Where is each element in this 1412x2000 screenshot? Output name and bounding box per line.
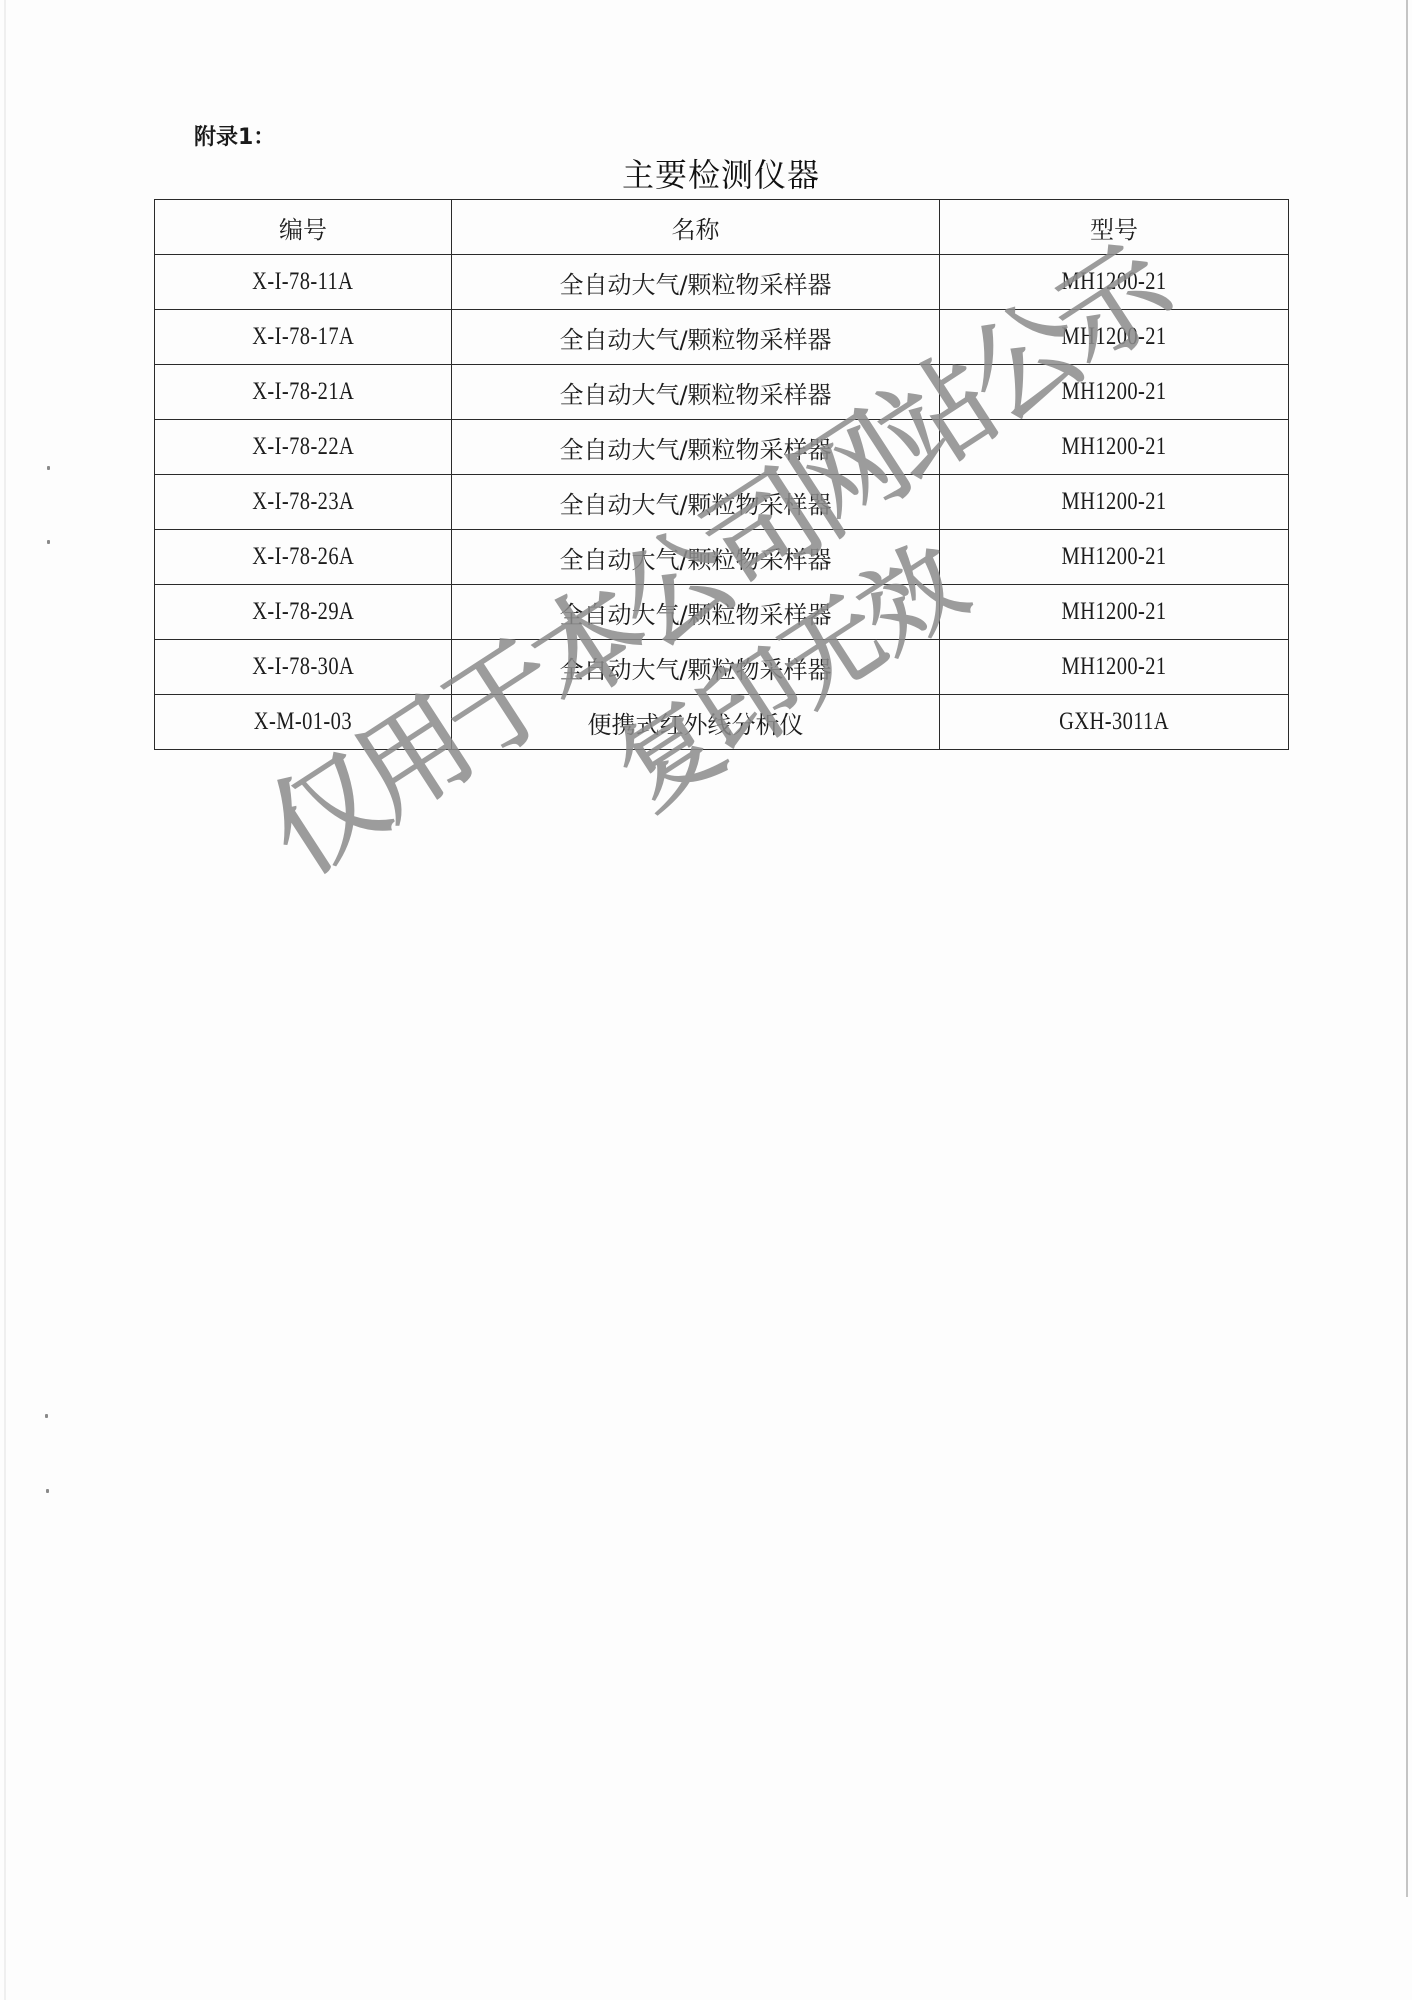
- cell-instrument-model: GXH-3011A: [940, 695, 1289, 750]
- cell-instrument-id: X-I-78-11A: [155, 255, 452, 310]
- table-row: X-I-78-21A全自动大气/颗粒物采样器MH1200-21: [155, 365, 1289, 420]
- cell-instrument-name: 全自动大气/颗粒物采样器: [452, 420, 940, 475]
- instrument-model-text: MH1200-21: [1061, 653, 1166, 681]
- instrument-model-text: MH1200-21: [1061, 323, 1166, 351]
- cell-instrument-model: MH1200-21: [940, 255, 1289, 310]
- cell-instrument-id: X-I-78-23A: [155, 475, 452, 530]
- instrument-id-text: X-I-78-21A: [252, 378, 354, 406]
- instrument-model-text: GXH-3011A: [1059, 708, 1169, 736]
- table-row: X-I-78-30A全自动大气/颗粒物采样器MH1200-21: [155, 640, 1289, 695]
- cell-instrument-name: 全自动大气/颗粒物采样器: [452, 585, 940, 640]
- cell-instrument-id: X-I-78-21A: [155, 365, 452, 420]
- instrument-model-text: MH1200-21: [1061, 598, 1166, 626]
- cell-instrument-name: 全自动大气/颗粒物采样器: [452, 530, 940, 585]
- instrument-model-text: MH1200-21: [1061, 488, 1166, 516]
- scan-artifact-dot: [47, 540, 50, 544]
- cell-instrument-model: MH1200-21: [940, 475, 1289, 530]
- table-row: X-M-01-03便携式红外线分析仪GXH-3011A: [155, 695, 1289, 750]
- instrument-id-text: X-I-78-26A: [252, 543, 354, 571]
- instrument-model-text: MH1200-21: [1061, 543, 1166, 571]
- cell-instrument-id: X-M-01-03: [155, 695, 452, 750]
- cell-instrument-id: X-I-78-29A: [155, 585, 452, 640]
- header-name: 名称: [452, 200, 940, 255]
- cell-instrument-name: 便携式红外线分析仪: [452, 695, 940, 750]
- cell-instrument-model: MH1200-21: [940, 585, 1289, 640]
- cell-instrument-name: 全自动大气/颗粒物采样器: [452, 640, 940, 695]
- instrument-id-text: X-I-78-29A: [252, 598, 354, 626]
- document-title: 主要检测仪器: [154, 150, 1288, 196]
- cell-instrument-id: X-I-78-22A: [155, 420, 452, 475]
- scan-page-edge-left: [4, 0, 6, 2000]
- header-model: 型号: [940, 200, 1289, 255]
- cell-instrument-id: X-I-78-30A: [155, 640, 452, 695]
- instrument-id-text: X-I-78-23A: [252, 488, 354, 516]
- cell-instrument-model: MH1200-21: [940, 530, 1289, 585]
- table-row: X-I-78-22A全自动大气/颗粒物采样器MH1200-21: [155, 420, 1289, 475]
- cell-instrument-id: X-I-78-26A: [155, 530, 452, 585]
- scan-artifact-dot: [45, 1414, 48, 1418]
- instrument-id-text: X-I-78-17A: [252, 323, 354, 351]
- instrument-id-text: X-I-78-30A: [252, 653, 354, 681]
- table-row: X-I-78-17A全自动大气/颗粒物采样器MH1200-21: [155, 310, 1289, 365]
- cell-instrument-name: 全自动大气/颗粒物采样器: [452, 255, 940, 310]
- cell-instrument-name: 全自动大气/颗粒物采样器: [452, 310, 940, 365]
- instrument-id-text: X-I-78-11A: [252, 268, 353, 296]
- table-body: X-I-78-11A全自动大气/颗粒物采样器MH1200-21X-I-78-17…: [155, 255, 1289, 750]
- cell-instrument-model: MH1200-21: [940, 310, 1289, 365]
- table-row: X-I-78-11A全自动大气/颗粒物采样器MH1200-21: [155, 255, 1289, 310]
- cell-instrument-model: MH1200-21: [940, 640, 1289, 695]
- scan-artifact-dot: [47, 466, 50, 470]
- cell-instrument-name: 全自动大气/颗粒物采样器: [452, 475, 940, 530]
- scan-artifact-dot: [46, 1489, 49, 1493]
- instrument-model-text: MH1200-21: [1061, 433, 1166, 461]
- table-row: X-I-78-23A全自动大气/颗粒物采样器MH1200-21: [155, 475, 1289, 530]
- instrument-model-text: MH1200-21: [1061, 268, 1166, 296]
- instruments-table: 编号 名称 型号 X-I-78-11A全自动大气/颗粒物采样器MH1200-21…: [154, 199, 1289, 750]
- table-header-row: 编号 名称 型号: [155, 200, 1289, 255]
- table-row: X-I-78-29A全自动大气/颗粒物采样器MH1200-21: [155, 585, 1289, 640]
- header-id: 编号: [155, 200, 452, 255]
- instrument-model-text: MH1200-21: [1061, 378, 1166, 406]
- cell-instrument-id: X-I-78-17A: [155, 310, 452, 365]
- scan-page-edge-right: [1406, 0, 1408, 1897]
- table-row: X-I-78-26A全自动大气/颗粒物采样器MH1200-21: [155, 530, 1289, 585]
- instrument-id-text: X-I-78-22A: [252, 433, 354, 461]
- cell-instrument-model: MH1200-21: [940, 420, 1289, 475]
- instrument-id-text: X-M-01-03: [254, 708, 352, 736]
- cell-instrument-name: 全自动大气/颗粒物采样器: [452, 365, 940, 420]
- appendix-label: 附录1：: [194, 120, 275, 151]
- cell-instrument-model: MH1200-21: [940, 365, 1289, 420]
